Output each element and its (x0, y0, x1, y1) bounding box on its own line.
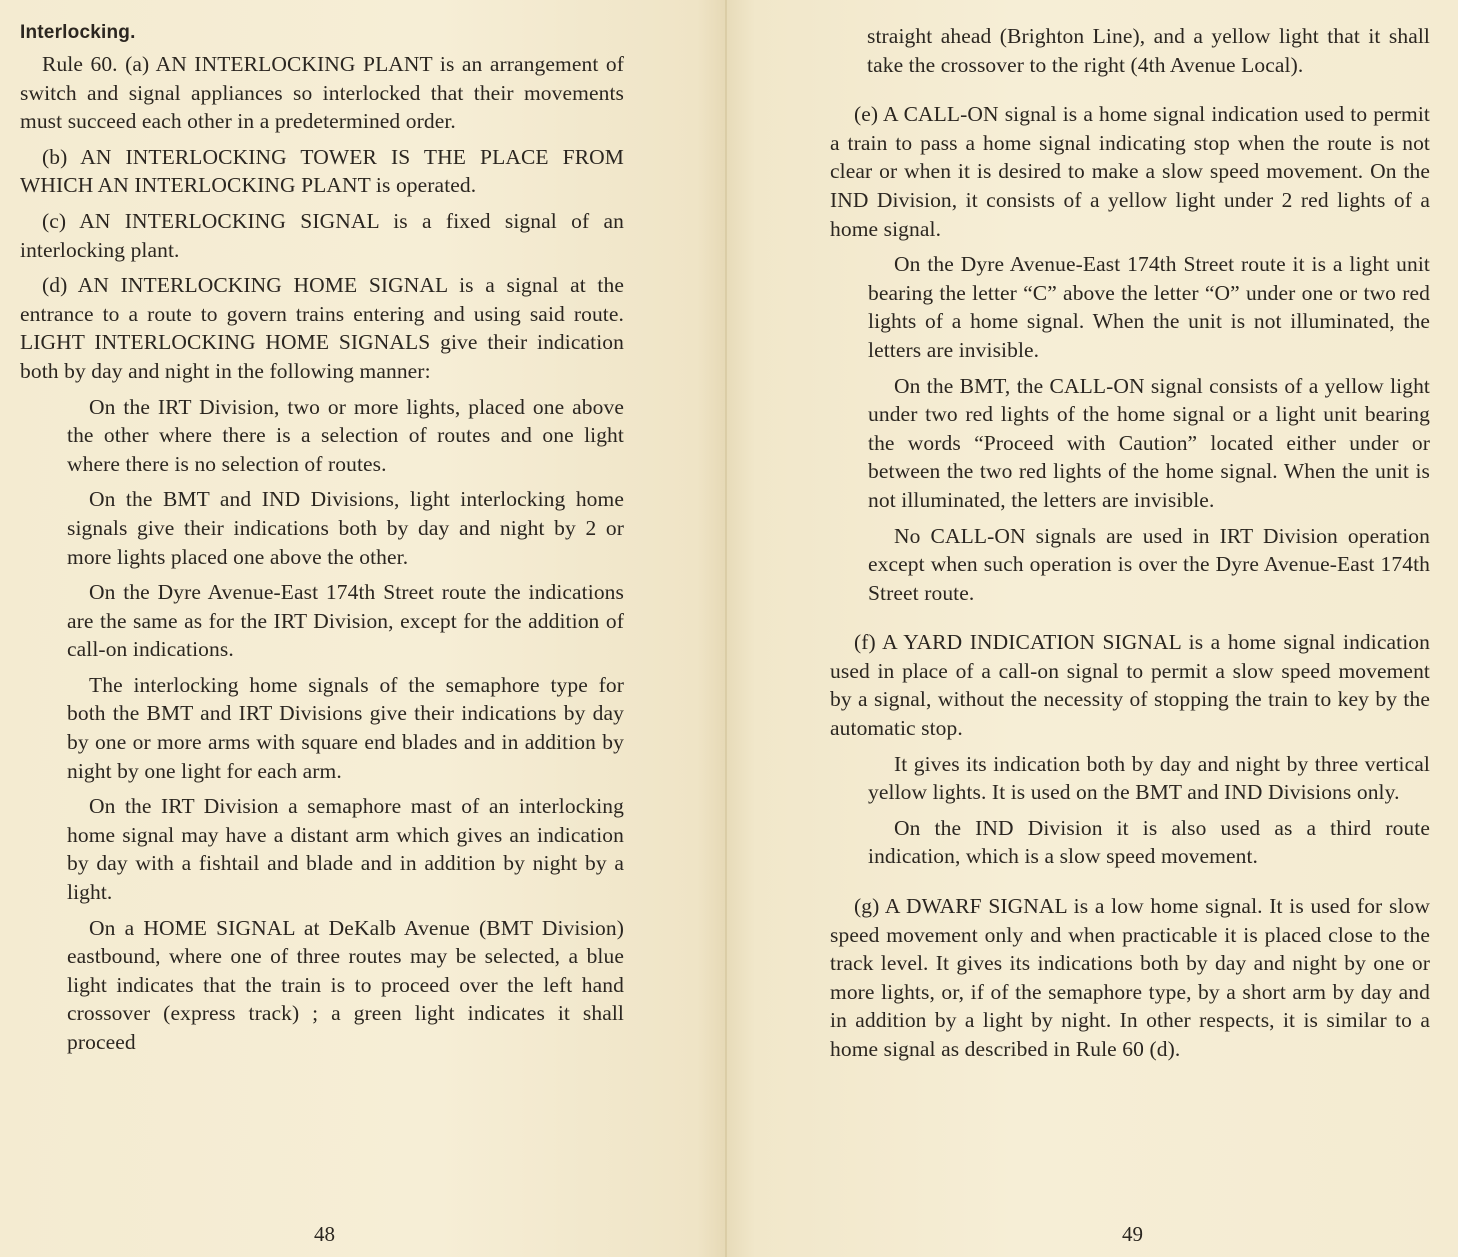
irt-no-call-on-paragraph: No CALL-ON signals are used in IRT Divis… (868, 522, 1430, 608)
rule-60b-paragraph: (b) AN INTERLOCKING TOWER IS THE PLACE F… (20, 143, 624, 200)
rule-60a-paragraph: Rule 60. (a) AN INTERLOCKING PLANT is an… (20, 50, 624, 136)
rule-60e-paragraph: (e) A CALL-ON signal is a home signal in… (830, 100, 1430, 243)
page-number-left: 48 (314, 1222, 335, 1247)
semaphore-type-paragraph: The interlocking home signals of the sem… (67, 671, 624, 785)
book-spread: Interlocking. Rule 60. (a) AN INTERLOCKI… (0, 0, 1458, 1257)
yard-indication-lights-paragraph: It gives its indication both by day and … (868, 750, 1430, 807)
rule-60g-paragraph: (g) A DWARF SIGNAL is a low home signal.… (830, 892, 1430, 1064)
ind-third-route-paragraph: On the IND Division it is also used as a… (868, 814, 1430, 871)
bmt-ind-divisions-paragraph: On the BMT and IND Divisions, light inte… (67, 485, 624, 571)
irt-division-paragraph: On the IRT Division, two or more lights,… (67, 393, 624, 479)
book-gutter (725, 0, 727, 1257)
spacer (822, 878, 1430, 892)
spacer (822, 614, 1430, 628)
right-page: straight ahead (Brighton Line), and a ye… (726, 0, 1458, 1257)
rule-60c-paragraph: (c) AN INTERLOCKING SIGNAL is a fixed si… (20, 207, 624, 264)
dyre-avenue-paragraph: On the Dyre Avenue-East 174th Street rou… (67, 578, 624, 664)
dekalb-continuation-paragraph: straight ahead (Brighton Line), and a ye… (867, 22, 1430, 79)
rule-60f-paragraph: (f) A YARD INDICATION SIGNAL is a home s… (830, 628, 1430, 742)
right-page-text: straight ahead (Brighton Line), and a ye… (822, 22, 1430, 1071)
section-heading: Interlocking. (20, 18, 624, 48)
irt-semaphore-mast-paragraph: On the IRT Division a semaphore mast of … (67, 792, 624, 906)
left-page: Interlocking. Rule 60. (a) AN INTERLOCKI… (0, 0, 726, 1257)
rule-60d-paragraph: (d) AN INTERLOCKING HOME SIGNAL is a sig… (20, 271, 624, 385)
dekalb-avenue-paragraph: On a HOME SIGNAL at DeKalb Avenue (BMT D… (67, 914, 624, 1057)
left-page-text: Interlocking. Rule 60. (a) AN INTERLOCKI… (20, 18, 624, 1064)
dyre-avenue-call-on-paragraph: On the Dyre Avenue-East 174th Street rou… (868, 250, 1430, 364)
page-number-right: 49 (1122, 1222, 1143, 1247)
bmt-call-on-paragraph: On the BMT, the CALL-ON signal consists … (868, 372, 1430, 515)
spacer (822, 86, 1430, 100)
